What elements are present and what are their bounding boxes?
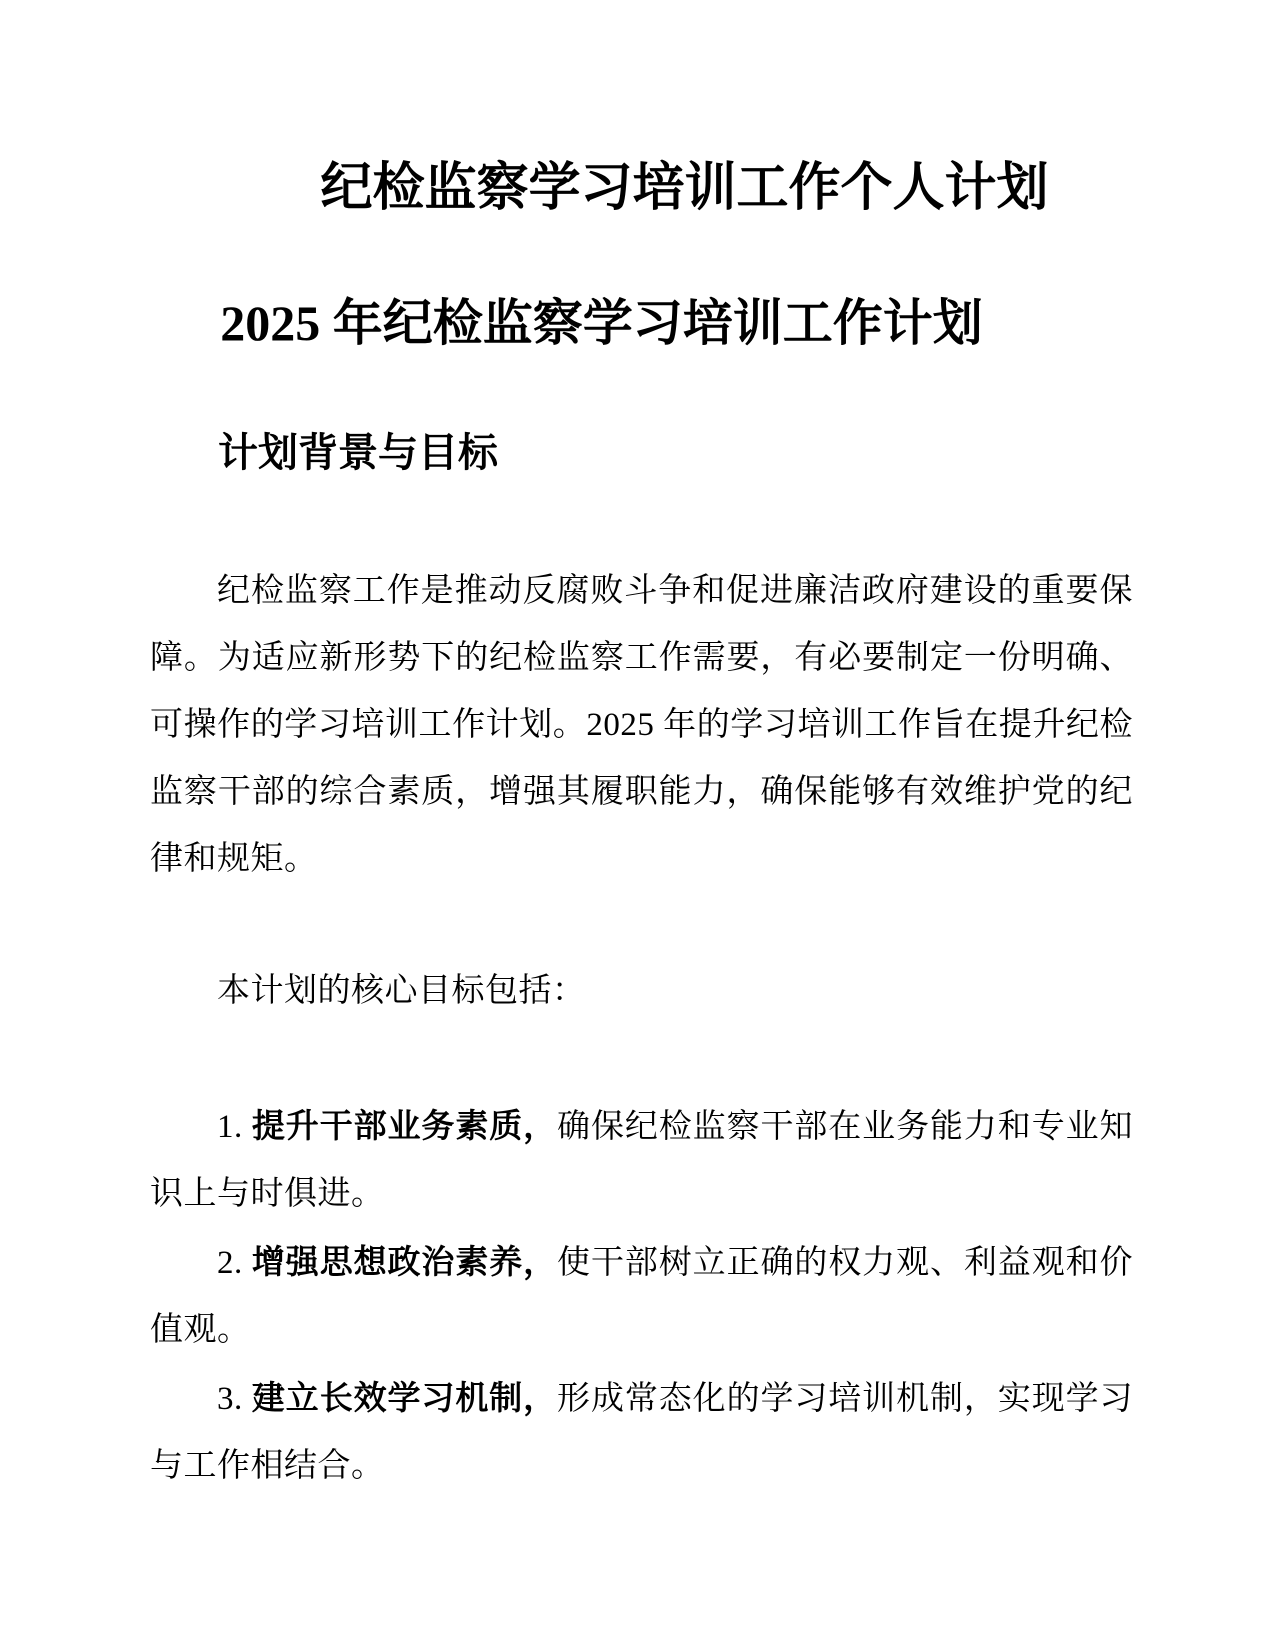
goal-2-number: 2.: [217, 1245, 252, 1281]
goal-2-label: 增强思想政治素养，: [252, 1243, 557, 1280]
goal-1-label: 提升干部业务素质，: [252, 1107, 557, 1144]
document-page: 纪检监察学习培训工作个人计划 2025 年纪检监察学习培训工作计划 计划背景与目…: [0, 0, 1275, 1650]
intro-paragraph: 纪检监察工作是推动反腐败斗争和促进廉洁政府建设的重要保障。为适应新形势下的纪检监…: [150, 558, 1133, 893]
goal-item-3: 3. 建立长效学习机制，形成常态化的学习培训机制，实现学习与工作相结合。: [150, 1364, 1133, 1500]
goals-list: 1. 提升干部业务素质，确保纪检监察干部在业务能力和专业知识上与时俱进。 2. …: [150, 1092, 1133, 1500]
document-subtitle: 2025 年纪检监察学习培训工作计划: [150, 287, 1133, 359]
goals-lead-paragraph: 本计划的核心目标包括：: [150, 958, 1133, 1025]
goal-item-1: 1. 提升干部业务素质，确保纪检监察干部在业务能力和专业知识上与时俱进。: [150, 1092, 1133, 1228]
goal-3-label: 建立长效学习机制，: [252, 1379, 557, 1416]
goal-1-number: 1.: [217, 1109, 252, 1145]
goal-3-number: 3.: [217, 1381, 252, 1417]
section-heading: 计划背景与目标: [150, 424, 1133, 482]
document-title: 纪检监察学习培训工作个人计划: [150, 152, 1133, 224]
goal-item-2: 2. 增强思想政治素养，使干部树立正确的权力观、利益观和价值观。: [150, 1228, 1133, 1364]
